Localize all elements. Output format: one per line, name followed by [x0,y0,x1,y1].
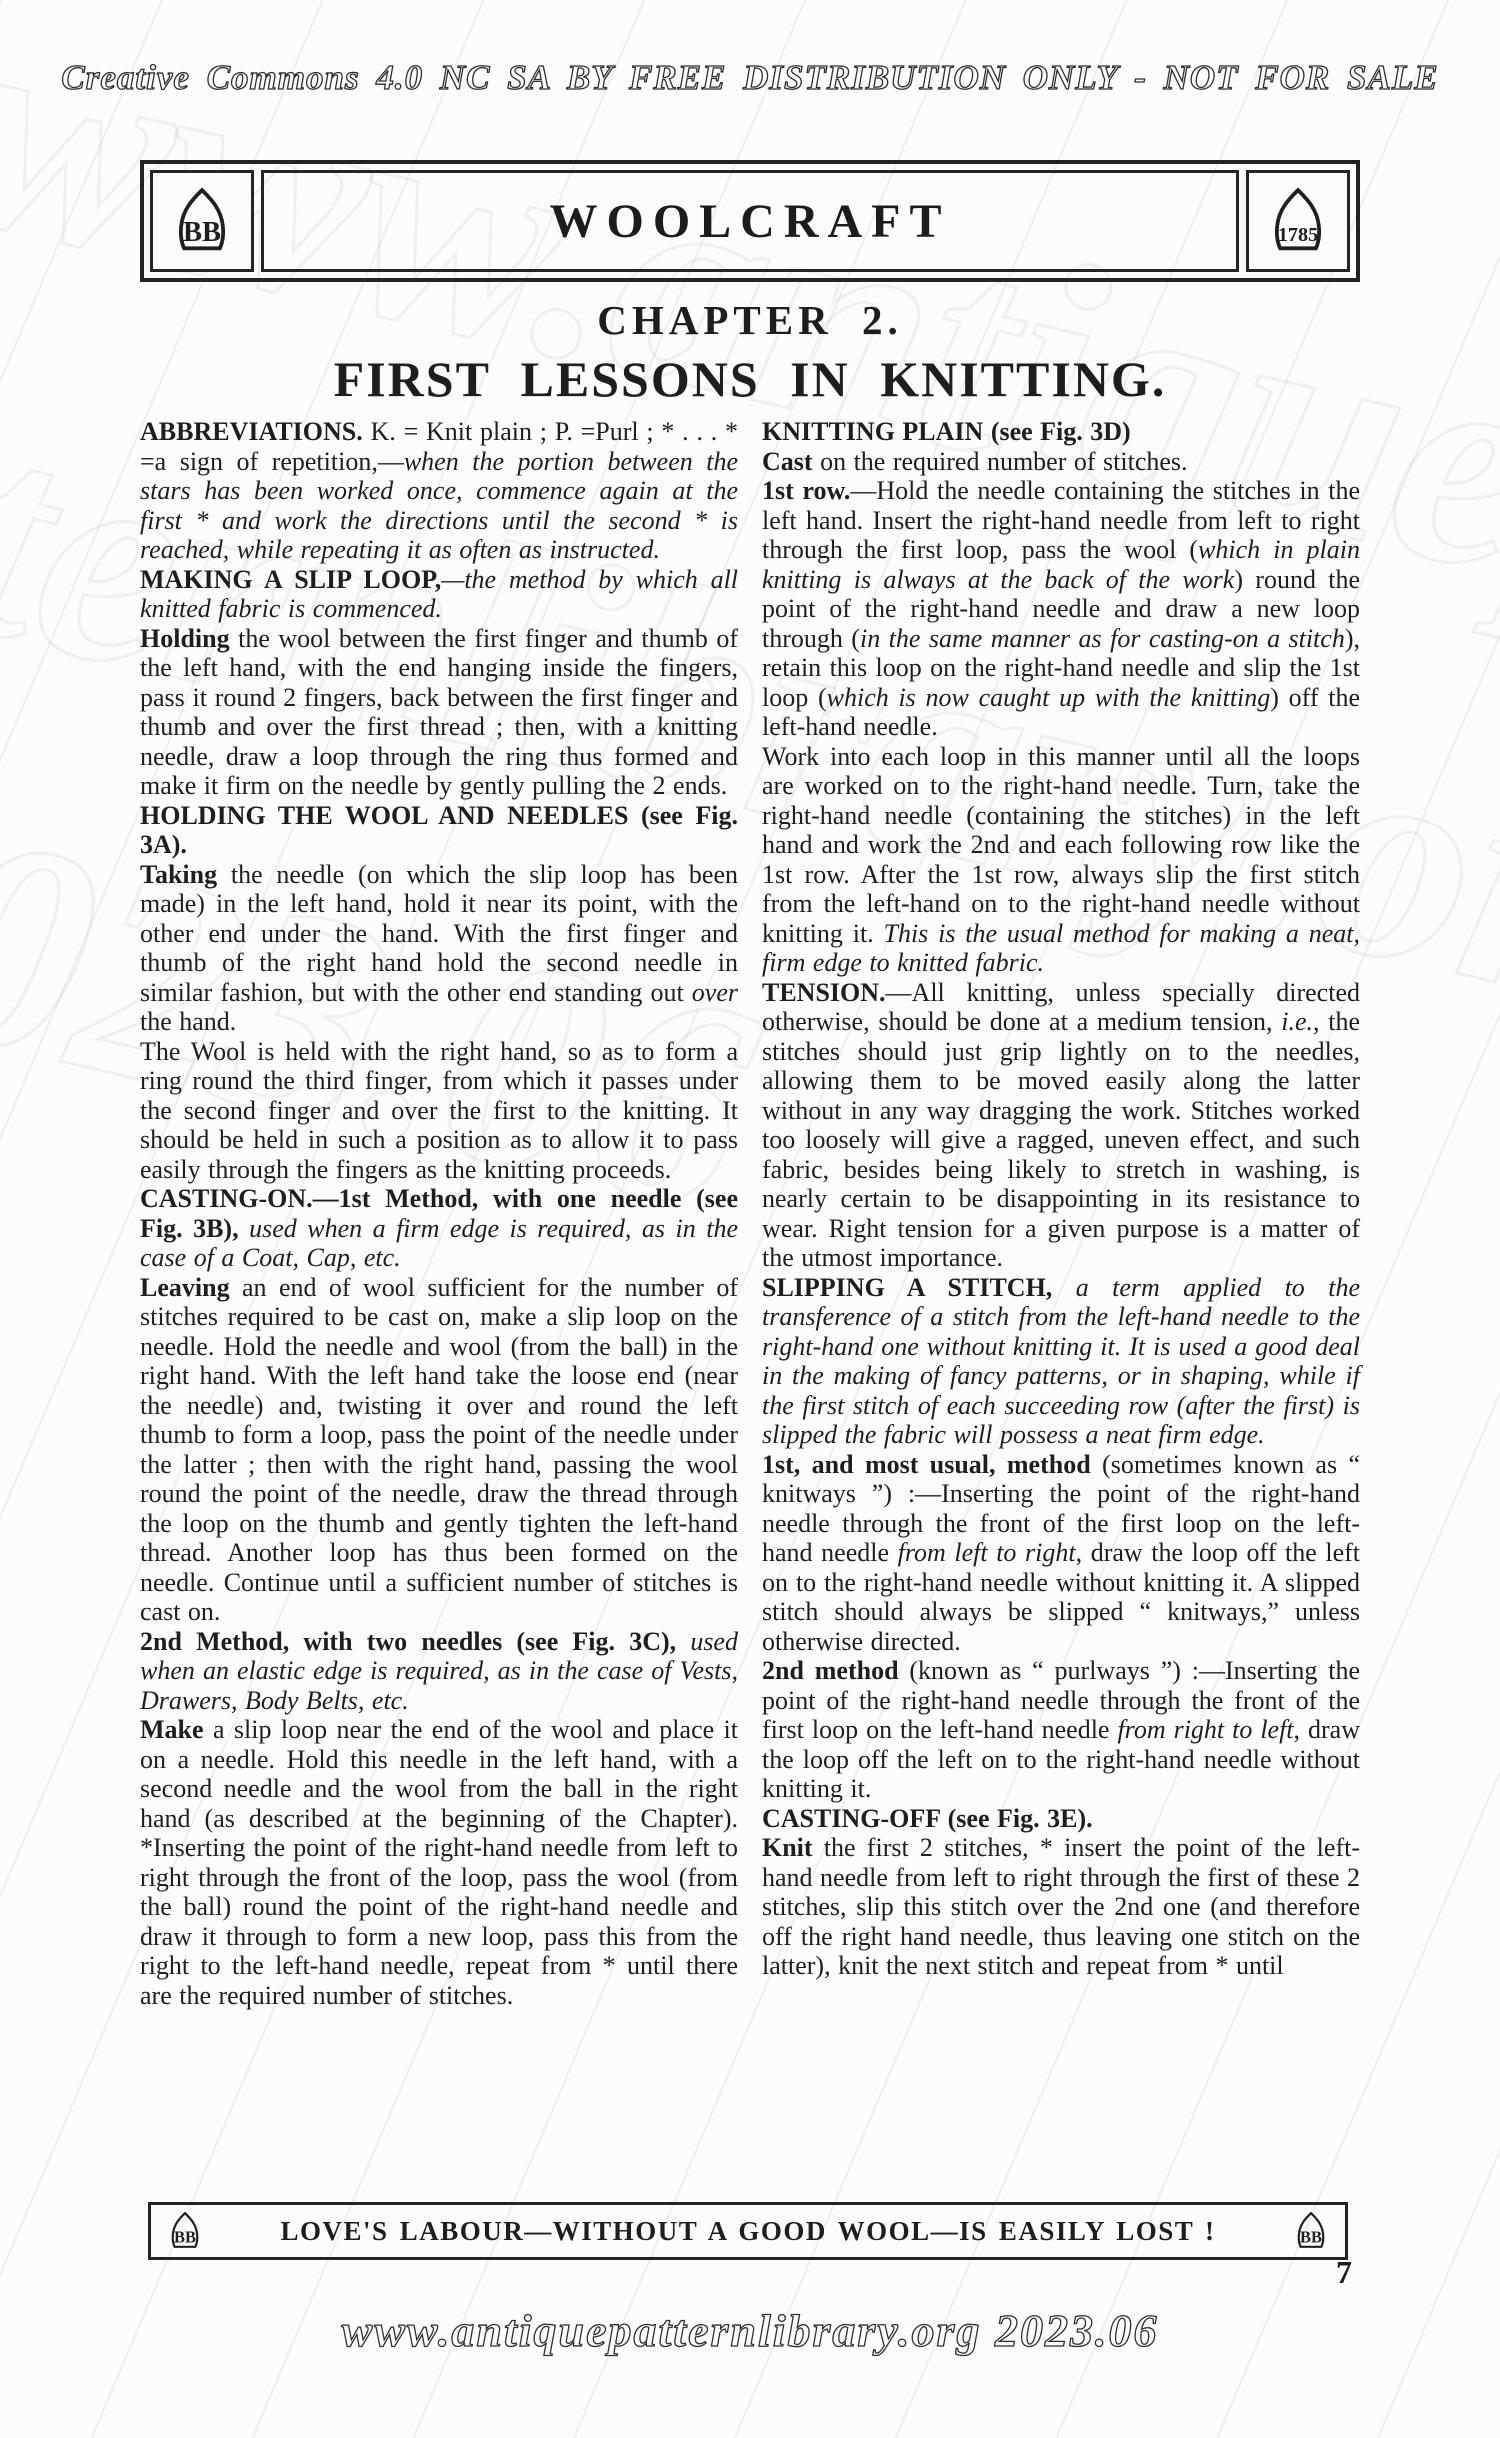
paragraph: Holding the wool between the first finge… [140,624,738,801]
page-number: 7 [1336,2254,1352,2291]
text-segment: 1st row. [762,476,850,505]
paragraph: 1st row.—Hold the needle containing the … [762,476,1360,742]
paragraph: MAKING A SLIP LOOP,—the method by which … [140,565,738,624]
text-segment: over [692,978,738,1007]
text-segment: Taking [140,860,217,889]
paragraph: The Wool is held with the right hand, so… [140,1037,738,1185]
beehive-icon: 1785 [1260,183,1336,259]
beehive-bb-icon: BB [163,2209,207,2253]
text-segment: i.e. [1281,1007,1313,1036]
text-columns: ABBREVIATIONS. K. = Knit plain ; P. =Pur… [140,417,1360,2010]
paragraph: 1st, and most usual, method (sometimes k… [762,1450,1360,1657]
text-segment: CASTING-OFF (see Fig. 3E). [762,1804,1093,1833]
header-left-logo-box: BB [150,170,254,272]
text-segment: Holding [140,624,230,653]
header-right-logo-box: 1785 [1246,170,1350,272]
text-segment: TENSION. [762,978,886,1007]
footer-banner-box: BB LOVE'S LABOUR—WITHOUT A GOOD WOOL—IS … [148,2202,1348,2260]
text-segment: HOLDING THE WOOL AND NEEDLES (see Fig. 3… [140,801,738,860]
text-segment: Leaving [140,1273,230,1302]
svg-text:BB: BB [183,217,221,248]
book-title: WOOLCRAFT [549,194,950,249]
text-segment: 1st, and most usual, method [762,1450,1091,1479]
text-segment: the wool between the first finger and th… [140,624,738,801]
header-title-box: WOOLCRAFT [261,170,1239,272]
paragraph: Make a slip loop near the end of the woo… [140,1715,738,2010]
svg-text:BB: BB [1300,2228,1322,2247]
beehive-bb-icon: BB [164,183,240,259]
text-segment: on the required number of stitches. [813,447,1188,476]
scanned-book-page: www.antiquepatternlibrary.org 2023.06 Cr… [0,0,1500,2438]
paragraph: Cast on the required number of stitches. [762,447,1360,477]
beehive-icon: BB [163,2209,207,2253]
paragraph: Taking the needle (on which the slip loo… [140,860,738,1037]
paragraph: TENSION.—All knitting, unless specially … [762,978,1360,1273]
license-notice: Creative Commons 4.0 NC SA BY FREE DISTR… [0,58,1500,98]
text-segment: which is now caught up with the knitting [827,683,1271,712]
text-segment: from left to right [898,1538,1076,1567]
text-segment: MAKING A SLIP LOOP, [140,565,441,594]
paragraph: 2nd Method, with two needles (see Fig. 3… [140,1627,738,1716]
text-segment: 2nd method [762,1656,899,1685]
footer-slogan: LOVE'S LABOUR—WITHOUT A GOOD WOOL—IS EAS… [207,2216,1289,2247]
text-segment: an end of wool sufficient for the number… [140,1273,738,1627]
paragraph: ABBREVIATIONS. K. = Knit plain ; P. =Pur… [140,417,738,565]
text-segment: The Wool is held with the right hand, so… [140,1037,738,1184]
paragraph: 2nd method (known as “ purlways ”) :—Ins… [762,1656,1360,1804]
text-segment: the first 2 stitches, * insert the point… [762,1833,1360,1980]
left-column: ABBREVIATIONS. K. = Knit plain ; P. =Pur… [140,417,738,2010]
text-segment: the needle (on which the slip loop has b… [140,860,738,1007]
beehive-bb-icon: BB [1289,2209,1333,2253]
paragraph: CASTING-ON.—1st Method, with one needle … [140,1184,738,1273]
right-column: KNITTING PLAIN (see Fig. 3D)Cast on the … [762,417,1360,2010]
text-segment: in the same manner as for casting-on a s… [860,624,1345,653]
paragraph: Knit the first 2 stitches, * insert the … [762,1833,1360,1981]
paragraph: SLIPPING A STITCH, a term applied to the… [762,1273,1360,1450]
site-watermark: www.antiquepatternlibrary.org 2023.06 [0,2304,1500,2357]
page-title: FIRST LESSONS IN KNITTING. [0,350,1500,408]
text-segment: Work into each loop in this manner until… [762,742,1360,948]
svg-text:BB: BB [174,2228,196,2247]
text-segment: Make [140,1715,204,1744]
chapter-heading: CHAPTER 2. [0,296,1500,344]
text-segment: 2nd Method, with two needles (see Fig. 3… [140,1627,676,1656]
text-segment: Cast [762,447,813,476]
page-header-box: BB WOOLCRAFT 1785 [140,160,1360,282]
text-segment: the hand. [140,1007,236,1036]
text-segment: KNITTING PLAIN (see Fig. 3D) [762,417,1131,446]
beehive-icon: BB [164,183,240,259]
text-segment: SLIPPING A STITCH, [762,1273,1052,1302]
paragraph: Work into each loop in this manner until… [762,742,1360,978]
paragraph: KNITTING PLAIN (see Fig. 3D) [762,417,1360,447]
paragraph: HOLDING THE WOOL AND NEEDLES (see Fig. 3… [140,801,738,860]
text-segment: , the stitches should just grip lightly … [762,1007,1360,1272]
text-segment: from right to left [1117,1715,1293,1744]
text-segment: ABBREVIATIONS. [140,417,363,446]
beehive-1785-icon: 1785 [1260,183,1336,259]
beehive-icon: BB [1289,2209,1333,2253]
paragraph: Leaving an end of wool sufficient for th… [140,1273,738,1627]
text-segment: Knit [762,1833,813,1862]
text-segment: a slip loop near the end of the wool and… [140,1715,738,2010]
paragraph: CASTING-OFF (see Fig. 3E). [762,1804,1360,1834]
svg-text:1785: 1785 [1278,224,1318,246]
